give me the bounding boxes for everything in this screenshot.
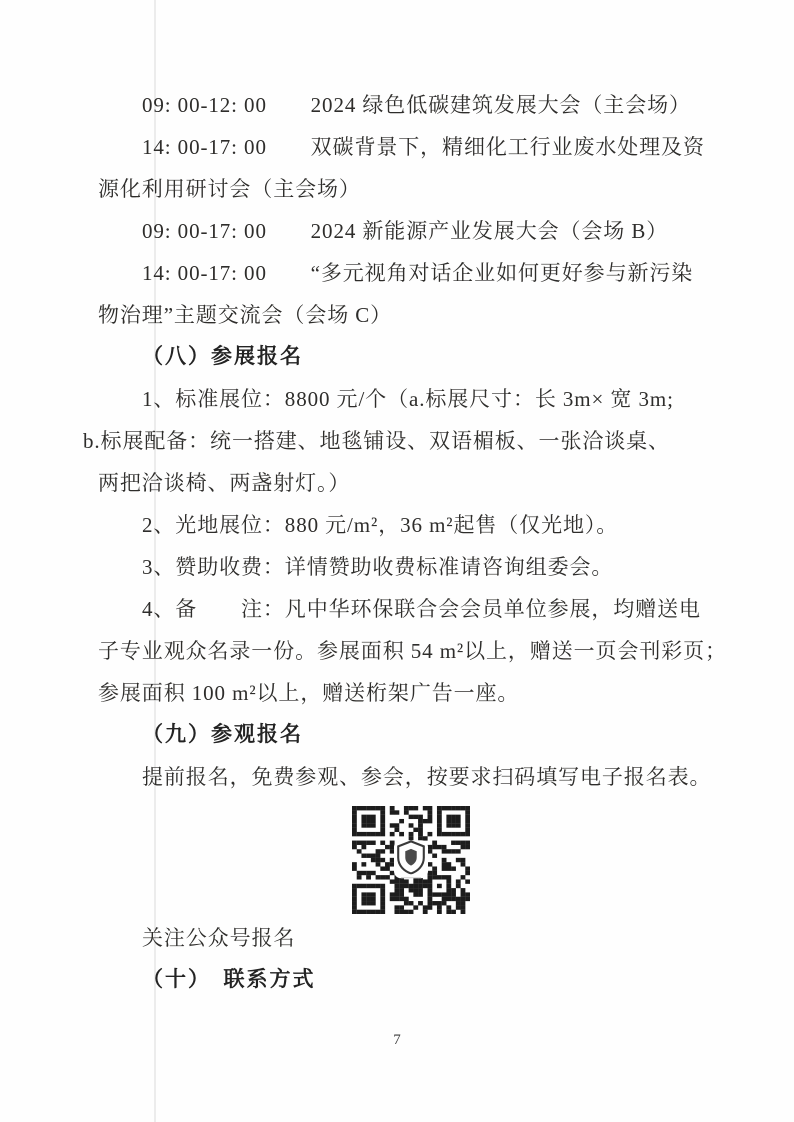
- text-line: 1、标准展位：8800 元/个（a.标展尺寸：长 3m× 宽 3m;: [98, 378, 738, 420]
- schedule-and-registration-text: 09: 00-12: 00 2024 绿色低碳建筑发展大会（主会场）14: 00…: [98, 84, 738, 798]
- qr-logo-microtext: [401, 878, 421, 879]
- section-heading: （八）参展报名: [98, 336, 738, 378]
- text-line: 09: 00-12: 00 2024 绿色低碳建筑发展大会（主会场）: [98, 84, 738, 126]
- shield-icon: [352, 840, 470, 874]
- scanned-document-page: 09: 00-12: 00 2024 绿色低碳建筑发展大会（主会场）14: 00…: [0, 0, 794, 1122]
- text-line: 参展面积 100 m²以上，赠送桁架广告一座。: [98, 672, 738, 714]
- text-line: 3、赞助收费：详情赞助收费标准请咨询组委会。: [98, 546, 738, 588]
- text-line: 源化利用研讨会（主会场）: [98, 168, 738, 210]
- text-line: 子专业观众名录一份。参展面积 54 m²以上，赠送一页会刊彩页；: [98, 630, 738, 672]
- text-line: b.标展配备：统一搭建、地毯铺设、双语楣板、一张洽谈桌、: [83, 420, 738, 462]
- text-line: 4、备 注：凡中华环保联合会会员单位参展，均赠送电: [98, 588, 738, 630]
- text-line: 物治理”主题交流会（会场 C）: [98, 294, 738, 336]
- text-line: 两把洽谈椅、两盏射灯。）: [98, 462, 738, 504]
- qr-code: [352, 806, 470, 914]
- text-line: 提前报名，免费参观、参会，按要求扫码填写电子报名表。: [98, 756, 738, 798]
- qr-center-logo: [394, 840, 428, 878]
- page-number: 7: [0, 1032, 794, 1049]
- text-line: 14: 00-17: 00 “多元视角对话企业如何更好参与新污染: [98, 252, 738, 294]
- section-heading: （九）参观报名: [98, 714, 738, 756]
- text-line: 09: 00-17: 00 2024 新能源产业发展大会（会场 B）: [98, 210, 738, 252]
- qr-caption-and-contact-heading: 关注公众号报名（十） 联系方式: [98, 917, 738, 1001]
- text-line: 14: 00-17: 00 双碳背景下，精细化工行业废水处理及资: [98, 126, 738, 168]
- text-line: 关注公众号报名: [98, 917, 738, 959]
- text-line: 2、光地展位：880 元/m²，36 m²起售（仅光地）。: [98, 504, 738, 546]
- section-heading: （十） 联系方式: [98, 959, 738, 1001]
